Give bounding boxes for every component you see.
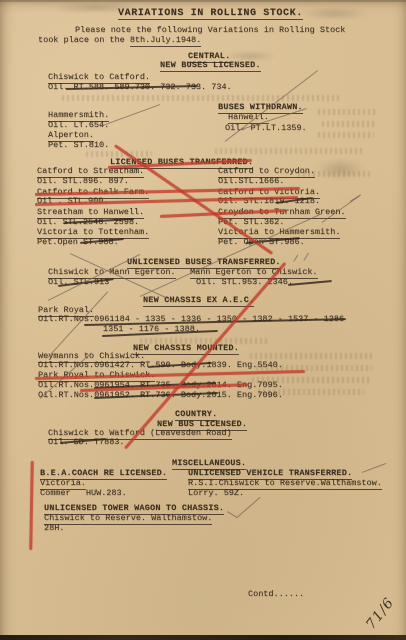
vehicle-detail-line: Lorry. 59Z. — [188, 489, 244, 498]
smudge — [316, 158, 364, 180]
pencil-stroke — [362, 463, 387, 473]
pencil-checkmark — [237, 497, 261, 518]
intro-line-2-prefix: took place on the — [38, 35, 130, 45]
doc-title: VARIATIONS IN ROLLING STOCK. — [118, 9, 303, 20]
vehicle-detail-line: 28H. — [44, 524, 64, 533]
ghost-text-line — [318, 109, 376, 115]
smudge — [298, 7, 370, 20]
new-buses-licensed-heading: NEW BUSES LICENSED. — [160, 61, 261, 72]
new-chassis-mounted-heading: NEW CHASSIS MOUNTED. — [133, 344, 239, 355]
fleet-line: Oil. STL.953. 2346. — [196, 278, 293, 287]
new-chassis-ex-aec-heading: NEW CHASSIS EX A.E.C. — [143, 296, 254, 307]
ghost-text-line — [250, 353, 372, 359]
red-margin-line — [29, 461, 34, 550]
pencil-arrowhead — [350, 194, 362, 202]
ink-strike — [288, 280, 332, 285]
intro-date: 8th.July.1948. — [130, 35, 201, 47]
fleet-line: Pet. ST.810. — [48, 141, 109, 150]
ghost-text-line — [322, 121, 374, 127]
contd-label: Contd...... — [248, 590, 304, 599]
pencil-tick — [303, 253, 309, 261]
handwritten-page-ref: 71/6 — [363, 575, 406, 632]
scan-edge-top — [0, 0, 406, 2]
pencil-tick — [293, 254, 298, 262]
ghost-text-line — [215, 148, 363, 154]
scan-edge-bottom — [0, 635, 406, 640]
fleet-line: Oil.STL.1666. — [218, 177, 284, 186]
fleet-line: Oil. STL.896. 897. — [37, 177, 129, 186]
ghost-text-line — [62, 95, 340, 101]
intro-line-1: Please note the following Variations in … — [75, 26, 345, 35]
vehicle-detail-line: Commer HUW.283. — [40, 489, 127, 498]
scanned-document-page: VARIATIONS IN ROLLING STOCK. Please note… — [0, 0, 406, 640]
ghost-text-line — [318, 132, 374, 138]
intro-line-2: took place on the 8th.July.1948. — [38, 36, 201, 45]
route-line: Chiswick to Reserve. Walthamstow. — [44, 514, 212, 525]
